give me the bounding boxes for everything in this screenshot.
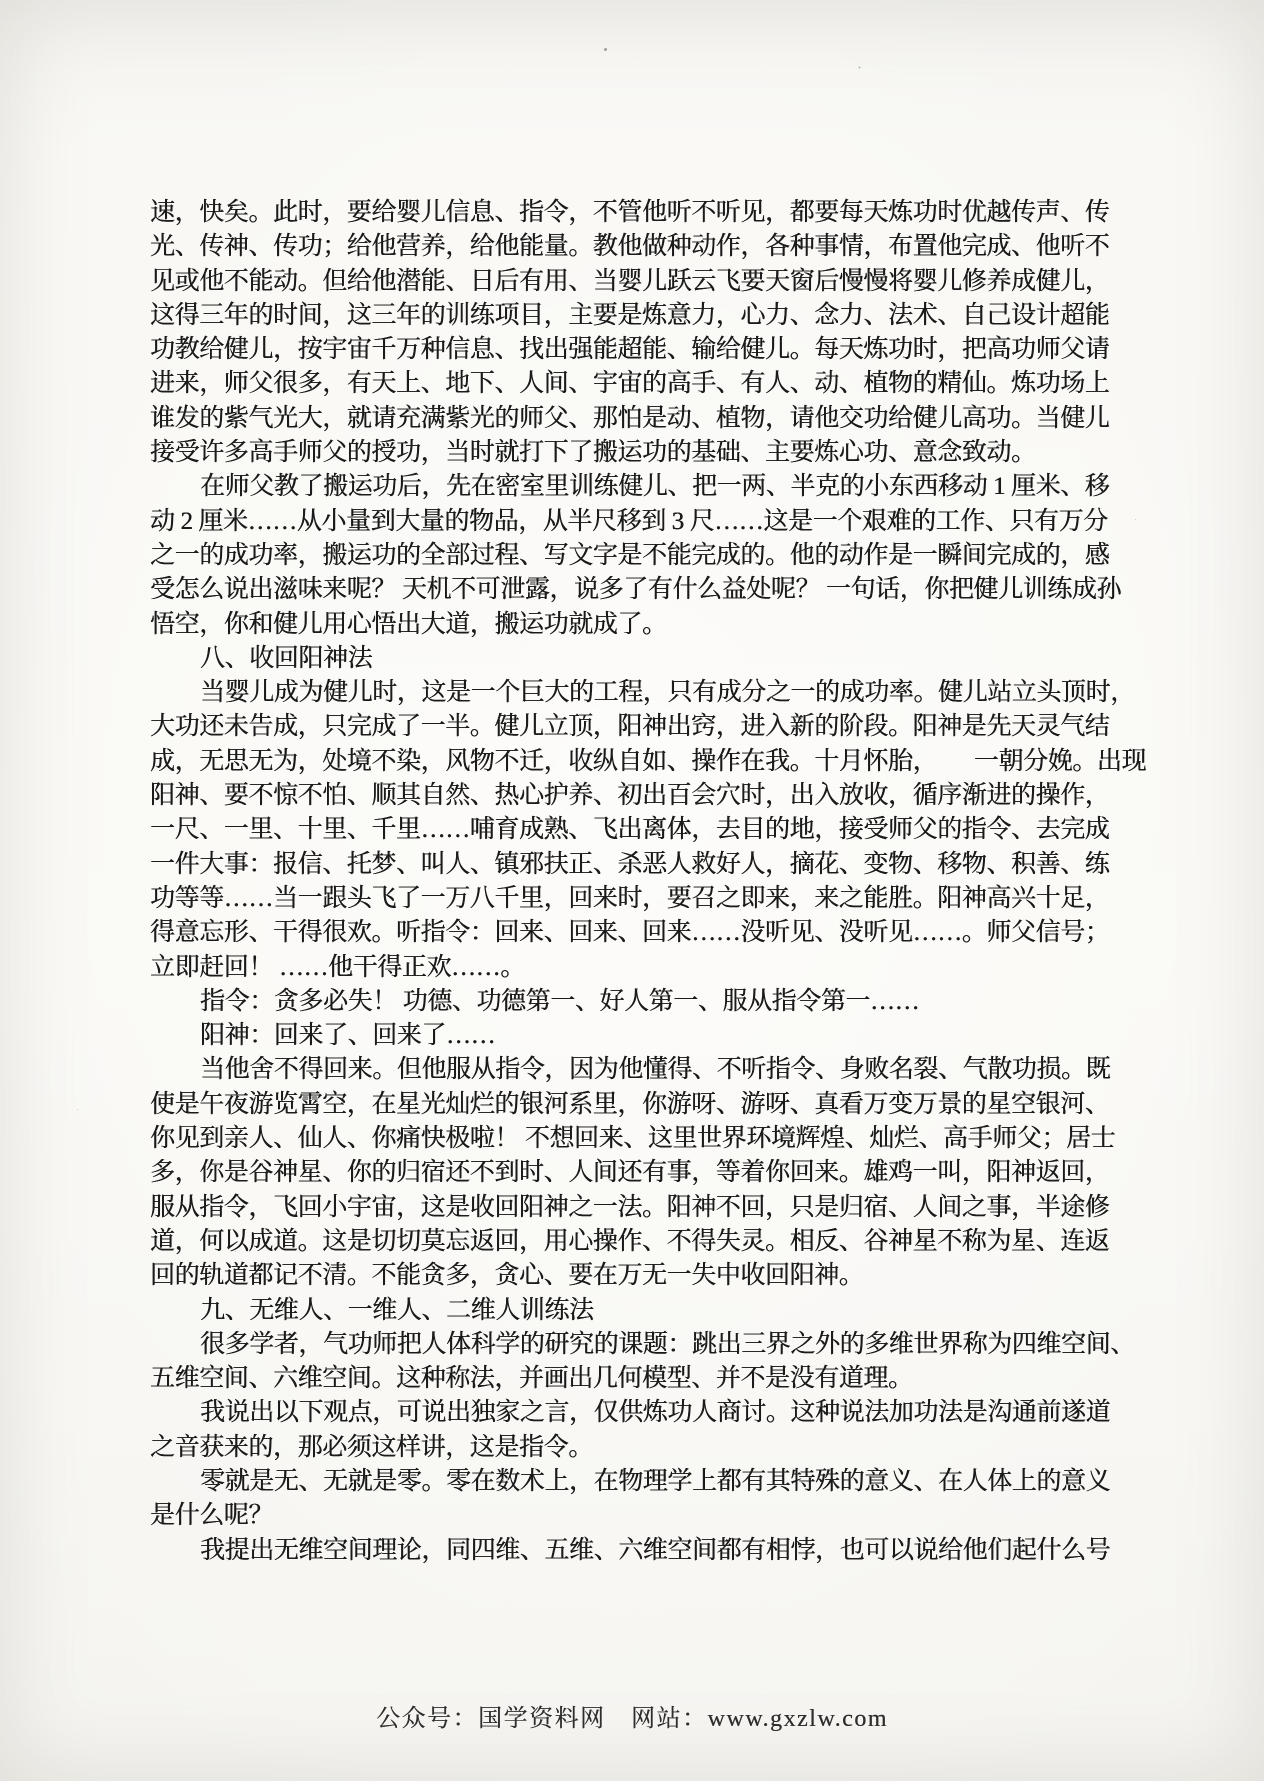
text-line: 阳神：回来了、回来了…… [150,1019,1135,1053]
text-line: 立即赶回！ ……他干得正欢……。 [150,951,1135,985]
text-line: 服从指令，飞回小宇宙，这是收回阳神之一法。阳神不回，只是归宿、人间之事，半途修 [150,1191,1135,1225]
text-line: 当他舍不得回来。但他服从指令，因为他懂得、不听指令、身败名裂、气散功损。既 [150,1053,1135,1087]
text-line: 你见到亲人、仙人、你痛快极啦！ 不想回来、这里世界环境辉煌、灿烂、高手师父；居士 [150,1122,1135,1156]
text-line: 这得三年的时间，这三年的训练项目，主要是炼意力，心力、念力、法术、自己设计超能 [150,299,1135,333]
text-line: 很多学者，气功师把人体科学的研究的课题：跳出三界之外的多维世界称为四维空间、 [150,1328,1135,1362]
text-line: 得意忘形、干得很欢。听指令：回来、回来、回来……没听见、没听见……。师父信号； [150,916,1135,950]
text-line: 当婴儿成为健儿时，这是一个巨大的工程，只有成分之一的成功率。健儿站立头顶时， [150,676,1135,710]
text-line: 零就是无、无就是零。零在数术上，在物理学上都有其特殊的意义、在人体上的意义 [150,1465,1135,1499]
text-line: 动 2 厘米……从小量到大量的物品，从半尺移到 3 尺……这是一个艰难的工作、只… [150,505,1135,539]
section-heading-8: 八、收回阳神法 [150,642,1135,676]
text-line: 回的轨道都记不清。不能贪多，贪心、要在万无一失中收回阳神。 [150,1259,1135,1293]
text-line: 光、传神、传功；给他营养，给他能量。教他做种动作，各种事情，布置他完成、他听不 [150,230,1135,264]
text-line: 一尺、一里、十里、千里……哺育成熟、飞出离体，去目的地，接受师父的指令、去完成 [150,813,1135,847]
section-heading-9: 九、无维人、一维人、二维人训练法 [150,1294,1135,1328]
text-line: 阳神、要不惊不怕、顺其自然、热心护养、初出百会穴时，出入放收，循序渐进的操作， [150,779,1135,813]
text-line: 使是午夜游览霄空，在星光灿烂的银河系里，你游呀、游呀、真看万变万景的星空银河、 [150,1088,1135,1122]
scanned-document-page: 速，快矣。此时，要给婴儿信息、指令，不管他听不听见，都要每天炼功时优越传声、传 … [0,0,1264,1781]
text-line: 指令：贪多必失！ 功德、功德第一、好人第一、服从指令第一…… [150,985,1135,1019]
text-line: 是什么呢？ [150,1499,1135,1533]
text-line: 道，何以成道。这是切切莫忘返回，用心操作、不得失灵。相反、谷神星不称为星、连返 [150,1225,1135,1259]
text-line: 大功还未告成，只完成了一半。健儿立顶，阳神出窍，进入新的阶段。阳神是先天灵气结 [150,710,1135,744]
text-line: 速，快矣。此时，要给婴儿信息、指令，不管他听不听见，都要每天炼功时优越传声、传 [150,196,1135,230]
text-line: 接受许多高手师父的授功，当时就打下了搬运功的基础、主要炼心功、意念致动。 [150,436,1135,470]
text-line: 受怎么说出滋味来呢？ 天机不可泄露，说多了有什么益处呢？ 一句话，你把健儿训练成… [150,573,1135,607]
scan-noise-specks [604,48,607,51]
text-line: 五维空间、六维空间。这种称法，并画出几何模型、并不是没有道理。 [150,1362,1135,1396]
text-line: 见或他不能动。但给他潜能、日后有用、当婴儿跃云飞要天窗后慢慢将婴儿修养成健儿， [150,265,1135,299]
text-line: 功教给健儿，按宇宙千万种信息、找出强能超能、输给健儿。每天炼功时，把高功师父请 [150,333,1135,367]
text-line: 功等等……当一跟头飞了一万八千里，回来时，要召之即来，来之能胜。阳神高兴十足， [150,882,1135,916]
page-text: 速，快矣。此时，要给婴儿信息、指令，不管他听不听见，都要每天炼功时优越传声、传 … [150,196,1135,1568]
text-line: 在师父教了搬运功后，先在密室里训练健儿、把一两、半克的小东西移动 1 厘米、移 [150,470,1135,504]
text-line: 多，你是谷神星、你的归宿还不到时、人间还有事，等着你回来。雄鸡一叫，阳神返回， [150,1156,1135,1190]
text-line: 进来，师父很多，有天上、地下、人间、宇宙的高手、有人、动、植物的精仙。炼功场上 [150,367,1135,401]
text-line: 我提出无维空间理论，同四维、五维、六维空间都有相悖，也可以说给他们起什么号 [150,1534,1135,1568]
page-footer-watermark: 公众号：国学资料网 网站：www.gxzlw.com [0,1698,1264,1733]
text-line: 悟空，你和健儿用心悟出大道，搬运功就成了。 [150,608,1135,642]
text-line: 之一的成功率，搬运功的全部过程、写文字是不能完成的。他的动作是一瞬间完成的，感 [150,539,1135,573]
text-line: 一件大事：报信、托梦、叫人、镇邪扶正、杀恶人救好人，摘花、变物、移物、积善、练 [150,848,1135,882]
text-line: 成，无思无为，处境不染，风物不迁，收纵自如、操作在我。十月怀胎， 一朝分娩。出现 [150,745,1135,779]
text-line: 谁发的紫气光大，就请充满紫光的师父、那怕是动、植物，请他交功给健儿高功。当健儿 [150,402,1135,436]
text-line: 之音获来的，那必须这样讲，这是指令。 [150,1431,1135,1465]
text-line: 我说出以下观点，可说出独家之言，仅供炼功人商讨。这种说法加功法是沟通前遂道 [150,1396,1135,1430]
